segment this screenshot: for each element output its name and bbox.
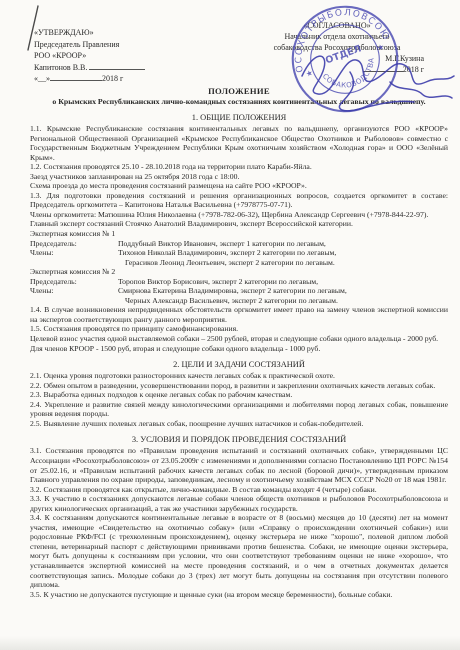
approve-date-suffix: 2018 г <box>102 74 123 83</box>
clause-1-2-note1: Заезд участников запланирован на 25 октя… <box>30 172 448 182</box>
approve-name: Капитонов В.В. <box>34 63 87 72</box>
clause-1-5-fee1: Целевой взнос участия одной выставляемой… <box>30 334 448 344</box>
section-3-heading: 3. УСЛОВИЯ И ПОРЯДОК ПРОВЕДЕНИЯ СОСТЯЗАН… <box>30 435 448 444</box>
clause-3-1: 3.1. Состязания проводятся по «Правилам … <box>30 446 448 484</box>
date-blank-line <box>50 73 102 81</box>
document-page: «УТВЕРЖДАЮ» Председатель Правления РОО «… <box>0 0 460 650</box>
clause-2-5: 2.5. Выявление лучших полевых легавых со… <box>30 419 448 429</box>
clause-3-2: 3.2. Состязания проводятся как открытые,… <box>30 485 448 495</box>
commission-2-row: Члены: Смирнова Екатерина Владимировна, … <box>30 286 448 296</box>
commission-role-label-empty <box>30 296 125 306</box>
clause-2-4: 2.4. Укрепление и развитие связей между … <box>30 400 448 419</box>
clause-2-2: 2.2. Обмен опытом в разведении, усоверше… <box>30 381 448 391</box>
commission-role-label: Председатель: <box>30 239 118 249</box>
signature-blank-line <box>89 62 145 70</box>
clause-1-4: 1.4. В случае возникновения непредвиденн… <box>30 305 448 324</box>
clause-1-5: 1.5. Состязания проводятся по принципу с… <box>30 324 448 334</box>
clause-3-3: 3.3. К участию в состязаниях допускаются… <box>30 494 448 513</box>
clause-2-1: 2.1. Оценка уровня подготовки разносторо… <box>30 371 448 381</box>
section-2-heading: 2. ЦЕЛИ И ЗАДАЧИ СОСТЯЗАНИЙ <box>30 360 448 369</box>
approve-signature-line: Капитонов В.В. <box>34 62 145 74</box>
clause-1-2-note2: Схема проезда до места проведения состяз… <box>30 181 448 191</box>
commission-2-title: Экспертная комиссия № 2 <box>30 267 448 277</box>
commission-expert: Поддубный Виктор Иванович, эксперт 1 кат… <box>118 239 448 249</box>
commission-1-row: Члены: Тихонов Николай Владимирович, экс… <box>30 248 448 258</box>
commission-expert: Тихонов Николай Владимирович, эксперт 2 … <box>118 248 448 258</box>
scan-edge-shadow <box>0 636 460 650</box>
approve-org: РОО «КРООР» <box>34 50 145 62</box>
signature-mark <box>294 42 458 116</box>
clause-3-4: 3.4. К состязаниям допускаются континент… <box>30 513 448 589</box>
chief-expert-line: Главный эксперт состязаний Стоячко Анато… <box>30 219 448 229</box>
clause-2-3: 2.3. Выработка единых подходов к оценке … <box>30 390 448 400</box>
approve-role: Председатель Правления <box>34 39 145 51</box>
clause-1-3: 1.3. Для подготовки проведения состязани… <box>30 191 448 210</box>
commission-role-label-empty <box>30 258 125 268</box>
approve-date-prefix: «__» <box>34 74 50 83</box>
approve-block: «УТВЕРЖДАЮ» Председатель Правления РОО «… <box>34 27 145 85</box>
approve-date-line: «__»2018 г <box>34 73 145 85</box>
commission-expert: Торопов Виктор Борисович, эксперт 2 кате… <box>118 277 448 287</box>
clause-1-2: 1.2. Состязания проводятся 25.10 - 28.10… <box>30 162 448 172</box>
commission-expert: Черных Александр Васильевич, эксперт 2 к… <box>125 296 448 306</box>
commission-1-title: Экспертная комиссия № 1 <box>30 229 448 239</box>
commission-1-row: Председатель: Поддубный Виктор Иванович,… <box>30 239 448 249</box>
clause-1-1: 1.1. Крымские Республиканские состязания… <box>30 124 448 162</box>
approve-title: «УТВЕРЖДАЮ» <box>34 27 145 39</box>
commission-expert: Смирнова Екатерина Владимировна, эксперт… <box>118 286 448 296</box>
commission-role-label: Председатель: <box>30 277 118 287</box>
commission-2-row: Председатель: Торопов Виктор Борисович, … <box>30 277 448 287</box>
commission-role-label: Члены: <box>30 286 118 296</box>
commission-1-row: Герасиков Леонид Леонтьевич, эксперт 2 к… <box>30 258 448 268</box>
clause-3-5: 3.5. К участию не допускаются пустующие … <box>30 590 448 600</box>
clause-1-3-members: Члены оргкомитета: Матюшина Юлия Николае… <box>30 210 448 220</box>
commission-2-row: Черных Александр Васильевич, эксперт 2 к… <box>30 296 448 306</box>
commission-expert: Герасиков Леонид Леонтьевич, эксперт 2 к… <box>125 258 448 268</box>
commission-role-label: Члены: <box>30 248 118 258</box>
clause-1-5-fee2: Для членов КРООР - 1500 руб, вторая и сл… <box>30 344 448 354</box>
